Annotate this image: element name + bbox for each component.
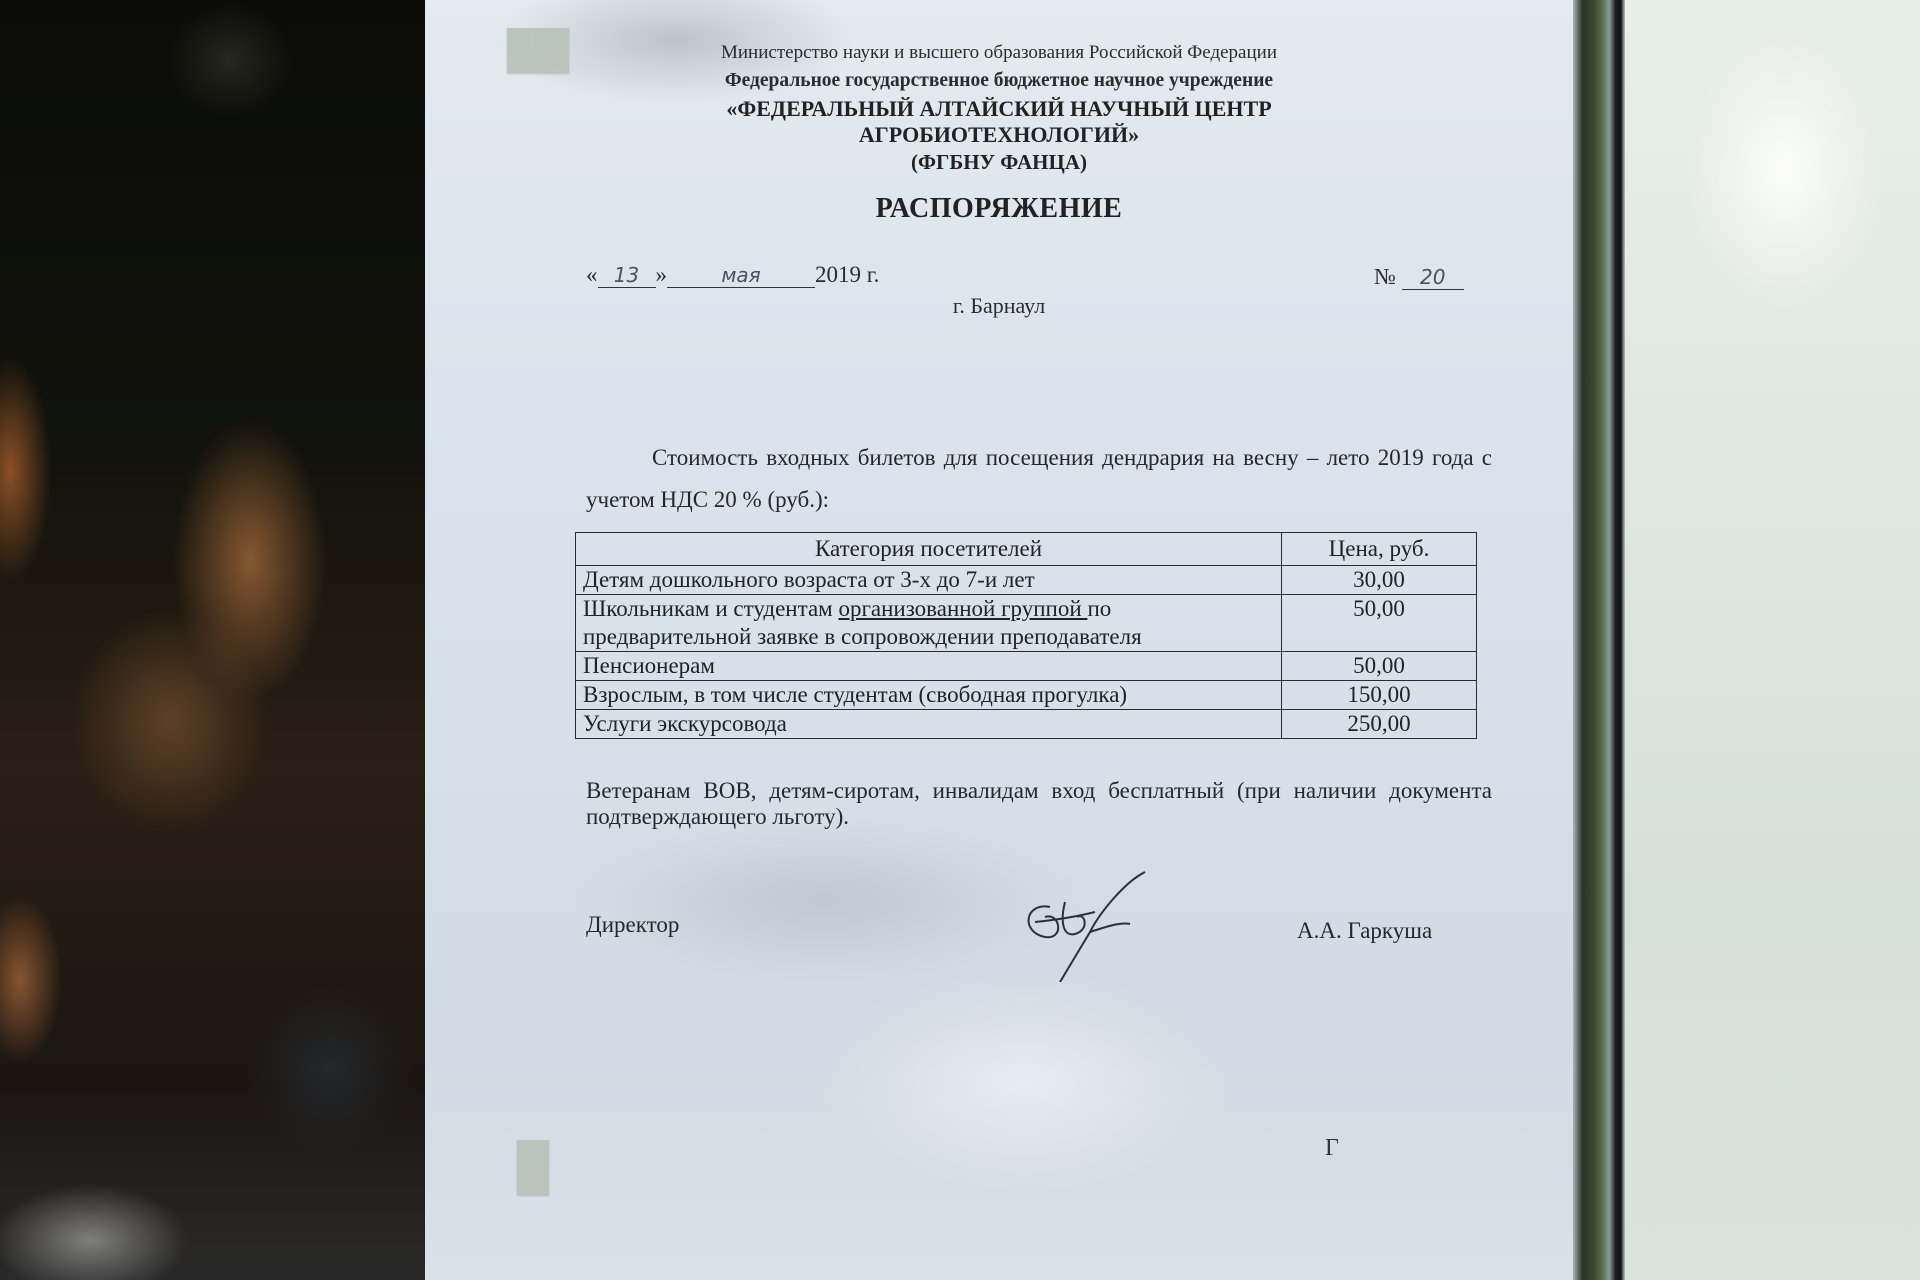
ministry-heading: Министерство науки и высшего образования… — [425, 42, 1573, 64]
city: г. Барнаул — [425, 293, 1573, 319]
date-year: 2019 г. — [815, 262, 879, 287]
number-value: 20 — [1402, 265, 1464, 290]
row-category: Детям дошкольного возраста от 3-х до 7-и… — [576, 566, 1282, 595]
table-row: Услуги экскурсовода 250,00 — [576, 710, 1477, 739]
document-title: РАСПОРЯЖЕНИЕ — [425, 193, 1573, 225]
date-close-quote: » — [656, 262, 668, 287]
row-price: 30,00 — [1282, 566, 1477, 595]
institution-name-line1: «ФЕДЕРАЛЬНЫЙ АЛТАЙСКИЙ НАУЧНЫЙ ЦЕНТР — [425, 96, 1573, 122]
category-text: Школьникам и студентам — [583, 596, 838, 621]
header-price: Цена, руб. — [1282, 533, 1477, 566]
row-price: 150,00 — [1282, 681, 1477, 710]
background-right — [1625, 0, 1920, 1280]
row-category: Школьникам и студентам организованной гр… — [576, 595, 1282, 652]
institution-abbr: (ФГБНУ ФАНЦА) — [425, 150, 1573, 175]
window-frame-strip — [1573, 0, 1625, 1280]
table-row: Детям дошкольного возраста от 3-х до 7-и… — [576, 566, 1477, 595]
header-category: Категория посетителей — [576, 533, 1282, 566]
table-row: Школьникам и студентам организованной гр… — [576, 595, 1477, 652]
stray-pen-mark: Г — [1325, 1135, 1339, 1162]
table-header-row: Категория посетителей Цена, руб. — [576, 533, 1477, 566]
price-table: Категория посетителей Цена, руб. Детям д… — [575, 532, 1477, 739]
table-row: Взрослым, в том числе студентам (свободн… — [576, 681, 1477, 710]
row-category: Услуги экскурсовода — [576, 710, 1282, 739]
signature-icon — [1005, 862, 1155, 982]
row-price: 50,00 — [1282, 652, 1477, 681]
note-paragraph: Ветеранам ВОВ, детям-сиротам, инвалидам … — [586, 778, 1492, 830]
signer-position: Директор — [586, 912, 679, 938]
category-underlined-text: организованной группой — [838, 596, 1087, 621]
intro-paragraph: Стоимость входных билетов для посещения … — [586, 437, 1492, 521]
table-row: Пенсионерам 50,00 — [576, 652, 1477, 681]
date-day: 13 — [598, 263, 656, 288]
institution-name-line2: АГРОБИОТЕХНОЛОГИЙ» — [425, 122, 1573, 148]
tape-bottom — [517, 1140, 549, 1195]
date-open-quote: « — [586, 262, 598, 287]
row-category: Взрослым, в том числе студентам (свободн… — [576, 681, 1282, 710]
row-category: Пенсионерам — [576, 652, 1282, 681]
institution-type: Федеральное государственное бюджетное на… — [425, 70, 1573, 92]
number-label: № — [1374, 264, 1396, 289]
document-number: № 20 — [1374, 264, 1464, 290]
document-date: «13»мая2019 г. — [586, 262, 879, 288]
row-price: 50,00 — [1282, 595, 1477, 652]
blurred-background-left — [0, 0, 425, 1280]
signer-name: А.А. Гаркуша — [1297, 918, 1432, 944]
paper-document: Министерство науки и высшего образования… — [425, 0, 1573, 1280]
date-month: мая — [667, 263, 815, 288]
row-price: 250,00 — [1282, 710, 1477, 739]
